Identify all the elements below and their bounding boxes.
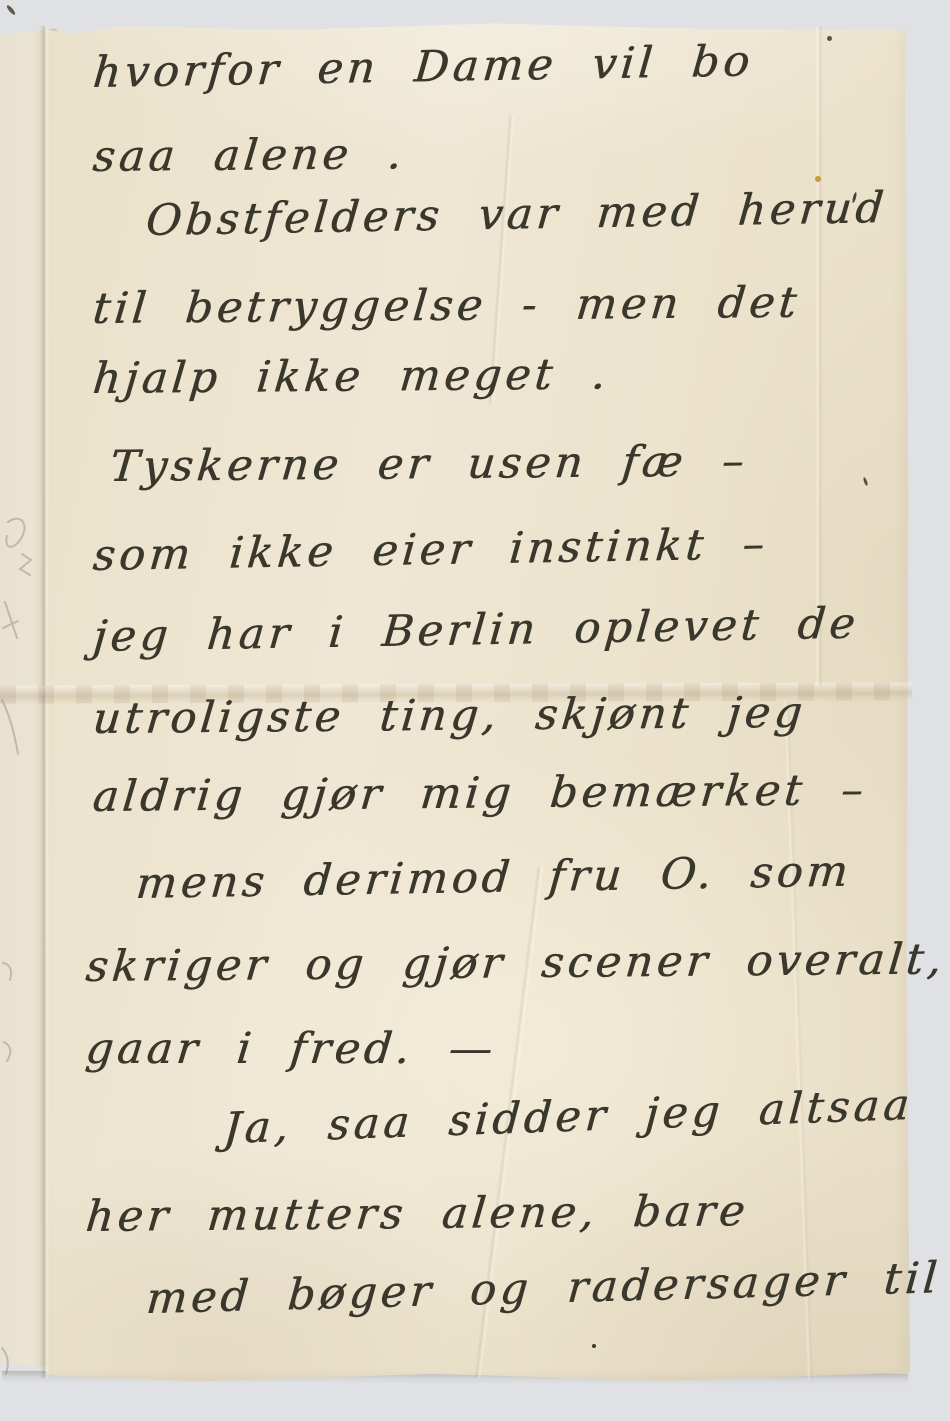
handwritten-line-12: skriger og gjør scener overalt, [84,939,947,990]
handwritten-line-6: Tyskerne er usen fæ – [108,440,750,489]
handwritten-line-10: aldrig gjør mig bemærket – [91,769,869,819]
handwriting-layer: hvorfor en Dame vil bosaa alene .Obstfel… [0,0,950,1421]
handwritten-line-11: mens derimod fru O. som [134,851,853,907]
handwritten-line-16: med bøger og radersager til [145,1257,943,1321]
handwritten-line-3: Obstfelders var med herud [144,187,889,243]
handwritten-line-14: Ja, saa sidder jeg altsaa [222,1084,914,1151]
handwritten-line-13: gaar i fred. — [83,1028,498,1071]
handwritten-line-7: som ikke eier instinkt – [91,523,770,578]
handwritten-line-1: hvorfor en Dame vil bo [91,40,755,95]
handwritten-line-4: til betryggelse - men det [91,282,802,331]
handwritten-line-9: utroligste ting, skjønt jeg [91,692,808,741]
handwritten-line-2: saa alene . [91,133,407,179]
handwritten-line-15: her mutters alene, bare [84,1190,751,1239]
handwritten-line-8: jeg har i Berlin oplevet de [91,603,860,659]
handwritten-line-5: hjalp ikke meget . [91,353,612,401]
scanned-letter-scene: hvorfor en Dame vil bosaa alene .Obstfel… [0,0,950,1421]
